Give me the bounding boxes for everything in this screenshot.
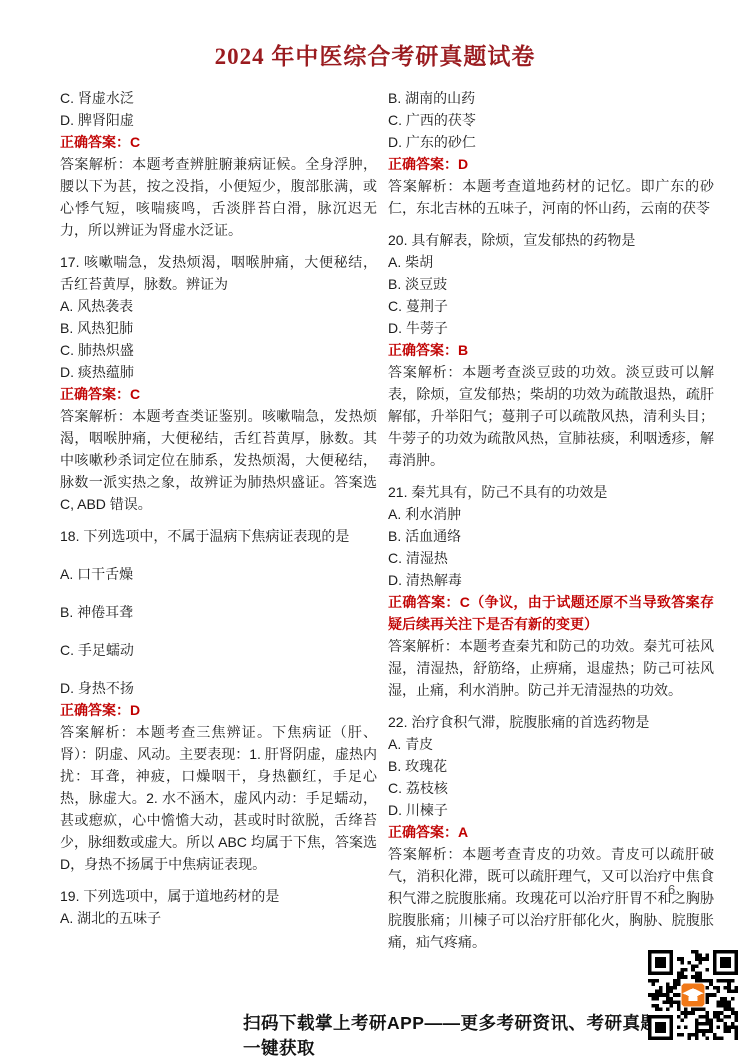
- correct-answer-text: 正确答案：D: [388, 153, 714, 175]
- body-paragraph: B. 玫瑰花: [388, 755, 714, 777]
- body-paragraph: 20. 具有解表，除烦，宣发郁热的药物是: [388, 229, 714, 251]
- body-paragraph: 21. 秦艽具有，防己不具有的功效是: [388, 481, 714, 503]
- body-paragraph: 答案解析：本题考查秦艽和防己的功效。秦艽可祛风湿，清湿热，舒筋络，止痹痛，退虚热…: [388, 635, 714, 701]
- correct-answer-text: 正确答案：C（争议，由于试题还原不当导致答案存疑后续再关注下是否有新的变更）: [388, 591, 714, 635]
- body-paragraph: D. 广东的砂仁: [388, 131, 714, 153]
- body-paragraph: 答案解析：本题考查辨脏腑兼病证候。全身浮肿，腰以下为甚，按之没指，小便短少，腹部…: [60, 153, 377, 241]
- option-line: C. 手足蠕动: [60, 639, 377, 661]
- qr-code: [648, 949, 738, 1041]
- block-spacer: [388, 219, 714, 229]
- body-paragraph: C. 荔枝核: [388, 777, 714, 799]
- option-line: D. 身热不扬: [60, 677, 377, 699]
- correct-answer-text: 正确答案：C: [60, 131, 377, 153]
- block-spacer: [60, 515, 377, 525]
- body-paragraph: 答案解析：本题考查淡豆豉的功效。淡豆豉可以解表，除烦，宣发郁热；柴胡的功效为疏散…: [388, 361, 714, 471]
- body-paragraph: C. 广西的茯苓: [388, 109, 714, 131]
- correct-answer-text: 正确答案：C: [60, 383, 377, 405]
- body-paragraph: B. 淡豆豉: [388, 273, 714, 295]
- body-paragraph: 22. 治疗食积气滞，脘腹胀痛的首选药物是: [388, 711, 714, 733]
- body-paragraph: D. 痰热蕴肺: [60, 361, 377, 383]
- body-paragraph: 答案解析：本题考查三焦辨证。下焦病证（肝、肾）：阴虚、风动。主要表现：1. 肝肾…: [60, 721, 377, 875]
- body-paragraph: 答案解析：本题考查青皮的功效。青皮可以疏肝破气，消积化滞，既可以疏肝理气，又可以…: [388, 843, 714, 953]
- body-paragraph: 答案解析：本题考查道地药材的记忆。即广东的砂仁，东北吉林的五味子，河南的怀山药，…: [388, 175, 714, 219]
- body-paragraph: 答案解析：本题考查类证鉴别。咳嗽喘急，发热烦渴，咽喉肿痛，大便秘结，舌红苔黄厚，…: [60, 405, 377, 515]
- body-paragraph: A. 利水消肿: [388, 503, 714, 525]
- body-paragraph: D. 牛蒡子: [388, 317, 714, 339]
- block-spacer: [60, 241, 377, 251]
- block-spacer: [388, 471, 714, 481]
- right-text-column: B. 湖南的山药C. 广西的茯苓D. 广东的砂仁正确答案：D答案解析：本题考查道…: [388, 87, 714, 953]
- option-line: A. 口干舌燥: [60, 563, 377, 585]
- page-title: 2024 年中医综合考研真题试卷: [0, 38, 750, 71]
- body-paragraph: 19. 下列选项中，属于道地药材的是: [60, 885, 377, 907]
- body-paragraph: 18. 下列选项中，不属于温病下焦病证表现的是: [60, 525, 377, 547]
- option-line: B. 神倦耳聋: [60, 601, 377, 623]
- qr-code-image: [648, 949, 738, 1041]
- body-paragraph: A. 湖北的五味子: [60, 907, 377, 929]
- correct-answer-text: 正确答案：A: [388, 821, 714, 843]
- correct-answer-text: 正确答案：D: [60, 699, 377, 721]
- page-number: 6: [668, 882, 675, 897]
- body-paragraph: A. 青皮: [388, 733, 714, 755]
- block-spacer: [60, 875, 377, 885]
- correct-answer-text: 正确答案：B: [388, 339, 714, 361]
- exam-document-page: 2024 年中医综合考研真题试卷 C. 肾虚水泛D. 脾肾阳虚正确答案：C答案解…: [0, 0, 750, 1061]
- body-paragraph: 17. 咳嗽喘急，发热烦渴，咽喉肿痛，大便秘结，舌红苔黄厚，脉数。辨证为: [60, 251, 377, 295]
- body-paragraph: A. 柴胡: [388, 251, 714, 273]
- body-paragraph: A. 风热袭表: [60, 295, 377, 317]
- block-spacer: [388, 701, 714, 711]
- graduation-cap-logo: [681, 983, 704, 1006]
- body-paragraph: B. 湖南的山药: [388, 87, 714, 109]
- body-paragraph: B. 风热犯肺: [60, 317, 377, 339]
- footer-banner-text: 扫码下载掌上考研APP——更多考研资讯、考研真题一键获取: [243, 1010, 663, 1060]
- body-paragraph: C. 肾虚水泛: [60, 87, 377, 109]
- body-paragraph: C. 蔓荆子: [388, 295, 714, 317]
- body-paragraph: B. 活血通络: [388, 525, 714, 547]
- body-paragraph: D. 川楝子: [388, 799, 714, 821]
- body-paragraph: D. 脾肾阳虚: [60, 109, 377, 131]
- body-paragraph: C. 清湿热: [388, 547, 714, 569]
- body-paragraph: D. 清热解毒: [388, 569, 714, 591]
- left-text-column: C. 肾虚水泛D. 脾肾阳虚正确答案：C答案解析：本题考查辨脏腑兼病证候。全身浮…: [60, 87, 377, 929]
- body-paragraph: C. 肺热炽盛: [60, 339, 377, 361]
